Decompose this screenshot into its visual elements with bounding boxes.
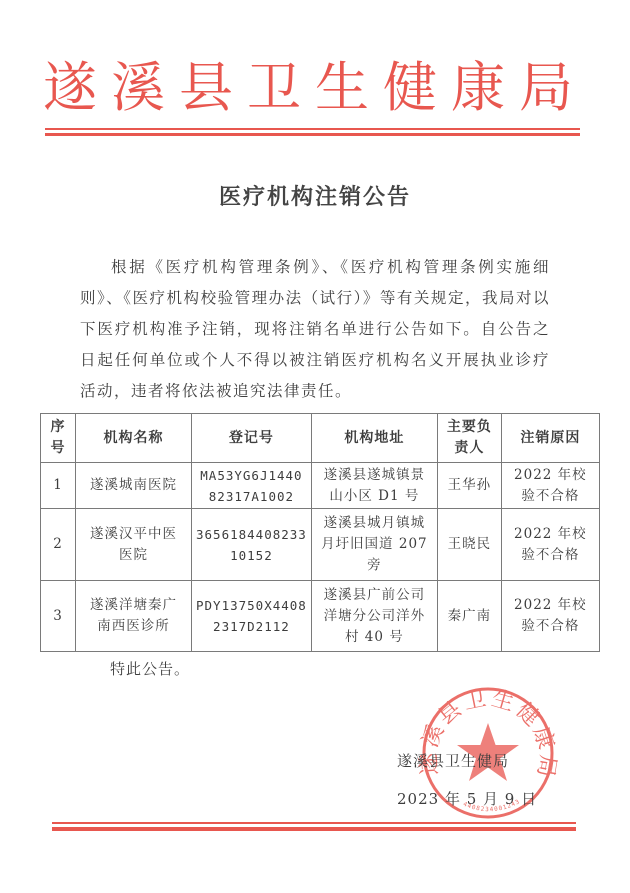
deregistration-table: 序 号 机构名称 登记号 机构地址 主要负 责人 注销原因 1 遂溪城南医院 M… (40, 413, 600, 652)
cell-line: 遂溪洋塘秦广 (80, 595, 187, 616)
cell-index: 2 (41, 509, 76, 581)
cell-line: 遂溪汉平中医 (80, 524, 187, 545)
cell-index: 1 (41, 463, 76, 509)
cell-line: 月圩旧国道 207 (316, 534, 433, 555)
cell-responsible: 王华孙 (437, 463, 501, 509)
letterhead-rule-bottom (45, 133, 580, 136)
cell-address: 遂溪县遂城镇景 山小区 D1 号 (311, 463, 437, 509)
footer-rule-bottom (52, 827, 576, 831)
cell-line: 验不合格 (506, 545, 595, 566)
header-index: 序 号 (41, 414, 76, 463)
cell-line: PDY13750X4408 (196, 595, 307, 616)
body-text: 根据《医疗机构管理条例》、《医疗机构管理条例实施细则》、《医疗机构校验管理办法（… (80, 252, 550, 407)
header-reg-no: 登记号 (192, 414, 312, 463)
cell-line: 验不合格 (506, 486, 595, 507)
header-name: 机构名称 (76, 414, 192, 463)
table-row: 1 遂溪城南医院 MA53YG6J1440 82317A1002 遂溪县遂城镇景… (41, 463, 600, 509)
footer-rule-top (52, 822, 576, 824)
cell-reason: 2022 年校 验不合格 (501, 463, 599, 509)
cell-line: 旁 (316, 555, 433, 576)
signature-date: 2023 年 5 月 9 日 (397, 788, 537, 809)
cell-address: 遂溪县广前公司 洋塘分公司洋外 村 40 号 (311, 581, 437, 652)
cell-line: 山小区 D1 号 (316, 486, 433, 507)
cell-line: 遂溪城南医院 (80, 475, 187, 496)
cell-responsible: 王晓民 (437, 509, 501, 581)
header-responsible: 主要负 责人 (437, 414, 501, 463)
cell-line: 2022 年校 (506, 595, 595, 616)
cell-line: 遂溪县遂城镇景 (316, 465, 433, 486)
cell-name: 遂溪汉平中医 医院 (76, 509, 192, 581)
header-responsible-line: 责人 (442, 438, 497, 459)
header-address: 机构地址 (311, 414, 437, 463)
cell-reg-no: MA53YG6J1440 82317A1002 (192, 463, 312, 509)
cell-line: 洋塘分公司洋外 (316, 606, 433, 627)
cell-line: 遂溪县城月镇城 (316, 513, 433, 534)
cell-reason: 2022 年校 验不合格 (501, 509, 599, 581)
header-responsible-line: 主要负 (442, 417, 497, 438)
cell-line: 遂溪县广前公司 (316, 585, 433, 606)
letterhead-rule-top (45, 128, 580, 130)
cell-reg-no: PDY13750X4408 2317D2112 (192, 581, 312, 652)
cell-line: 医院 (80, 545, 187, 566)
cell-line: 验不合格 (506, 616, 595, 637)
cell-address: 遂溪县城月镇城 月圩旧国道 207 旁 (311, 509, 437, 581)
cell-line: MA53YG6J1440 (196, 465, 307, 486)
header-index-line: 号 (45, 438, 71, 459)
cell-line: 82317A1002 (196, 486, 307, 507)
cell-line: 3656184408233 (196, 524, 307, 545)
cell-reg-no: 3656184408233 10152 (192, 509, 312, 581)
cell-reason: 2022 年校 验不合格 (501, 581, 599, 652)
cell-line: 2022 年校 (506, 524, 595, 545)
cell-line: 村 40 号 (316, 627, 433, 648)
table-row: 3 遂溪洋塘秦广 南西医诊所 PDY13750X4408 2317D2112 遂… (41, 581, 600, 652)
table-header-row: 序 号 机构名称 登记号 机构地址 主要负 责人 注销原因 (41, 414, 600, 463)
cell-name: 遂溪城南医院 (76, 463, 192, 509)
cell-responsible: 秦广南 (437, 581, 501, 652)
closing-remark: 特此公告。 (110, 658, 190, 679)
cell-line: 10152 (196, 545, 307, 566)
cell-name: 遂溪洋塘秦广 南西医诊所 (76, 581, 192, 652)
header-index-line: 序 (45, 417, 71, 438)
table-row: 2 遂溪汉平中医 医院 3656184408233 10152 遂溪县城月镇城 … (41, 509, 600, 581)
cell-index: 3 (41, 581, 76, 652)
cell-line: 2317D2112 (196, 616, 307, 637)
cell-line: 南西医诊所 (80, 616, 187, 637)
header-reason: 注销原因 (501, 414, 599, 463)
cell-line: 2022 年校 (506, 465, 595, 486)
document-title: 医疗机构注销公告 (0, 180, 630, 211)
letterhead-title: 遂溪县卫生健康局 (0, 58, 630, 118)
body-paragraph: 根据《医疗机构管理条例》、《医疗机构管理条例实施细则》、《医疗机构校验管理办法（… (80, 252, 550, 407)
signature-org: 遂溪县卫生健局 (397, 750, 509, 771)
